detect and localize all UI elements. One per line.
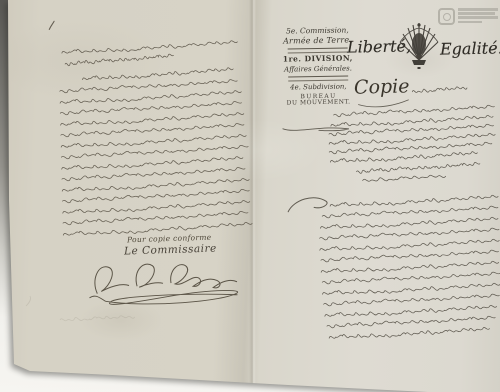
division-name: Affaires Générales. <box>281 65 355 74</box>
handwriting-line <box>60 101 242 115</box>
division-number: 1re. DIVISION, <box>281 54 355 64</box>
handwriting-line <box>330 152 477 163</box>
handwriting-line <box>61 145 248 159</box>
handwriting-line <box>329 124 494 136</box>
handwriting-line <box>321 261 499 272</box>
handwriting-line <box>62 189 249 203</box>
handwriting-line <box>325 305 497 316</box>
printed-header-column: 5e. Commission, Armée de Terre. 1re. DIV… <box>280 26 355 108</box>
handwriting-line <box>60 79 238 93</box>
handwriting-line <box>319 228 499 240</box>
paragraph-opening-swash <box>288 198 327 212</box>
closing-title: Le Commissaire <box>124 243 217 258</box>
handwriting-line <box>65 54 174 66</box>
motto-liberte: Liberté, <box>347 36 411 56</box>
handwriting-line <box>324 294 500 306</box>
photo-background: 5e. Commission, Armée de Terre. 1re. DIV… <box>0 0 500 392</box>
handwriting-line <box>327 316 495 328</box>
document-content: 5e. Commission, Armée de Terre. 1re. DIV… <box>0 0 500 392</box>
bureau-name: DU MOUVEMENT. <box>282 100 356 108</box>
handwriting-line <box>321 250 499 262</box>
ink-mark <box>26 296 31 306</box>
subdivision-number: 4e. Subdivision, <box>281 83 355 92</box>
printed-divider <box>287 47 348 53</box>
handwriting-line <box>63 200 250 213</box>
center-fold-crease <box>249 0 256 392</box>
handwriting-line <box>329 142 492 154</box>
handwriting-line <box>60 90 242 103</box>
motto-egalite: Egalité. <box>440 38 500 58</box>
watermark-text-line <box>458 21 482 24</box>
handwriting-line <box>412 87 467 93</box>
handwriting-line <box>61 134 246 147</box>
handwriting-line <box>62 41 238 54</box>
ghost-handwriting-line <box>60 316 135 321</box>
handwriting-line <box>62 178 249 191</box>
printed-divider <box>288 76 349 82</box>
handwriting-line <box>62 167 245 181</box>
handwriting-line <box>330 195 498 206</box>
handwriting-line <box>329 327 490 338</box>
bureau-underline-flourish <box>283 128 349 132</box>
copy-heading: Copie <box>354 75 410 98</box>
watermark-text-line <box>458 12 495 15</box>
handwriting-line <box>82 68 233 80</box>
watermark-text-line <box>458 16 498 19</box>
handwriting-line <box>320 239 500 250</box>
handwriting-line <box>331 115 493 126</box>
signature-flourish <box>88 261 238 306</box>
watermark-text-line <box>458 8 498 11</box>
handwriting-line <box>320 217 498 228</box>
handwriting-line <box>63 211 248 225</box>
handwriting-line <box>322 272 500 284</box>
handwriting-line <box>61 123 244 137</box>
photo-watermark <box>438 6 500 30</box>
paper-shadow: 5e. Commission, Armée de Terre. 1re. DIV… <box>0 0 500 392</box>
copie-underline-swash <box>358 100 408 107</box>
handwriting-line <box>334 105 495 117</box>
handwriting-line <box>61 156 243 169</box>
handwriting-line <box>329 133 495 144</box>
handwriting-line <box>356 162 480 173</box>
handwriting-line <box>60 112 244 125</box>
handwriting-line <box>322 206 498 218</box>
magnifier-logo-icon <box>438 8 455 25</box>
handwriting-line <box>363 175 446 181</box>
document-paper: 5e. Commission, Armée de Terre. 1re. DIV… <box>0 0 500 392</box>
commission-name: Armée de Terre. <box>280 35 354 45</box>
ink-mark <box>49 21 54 29</box>
watermark-text-lines <box>458 8 498 25</box>
handwriting-line <box>322 283 500 294</box>
